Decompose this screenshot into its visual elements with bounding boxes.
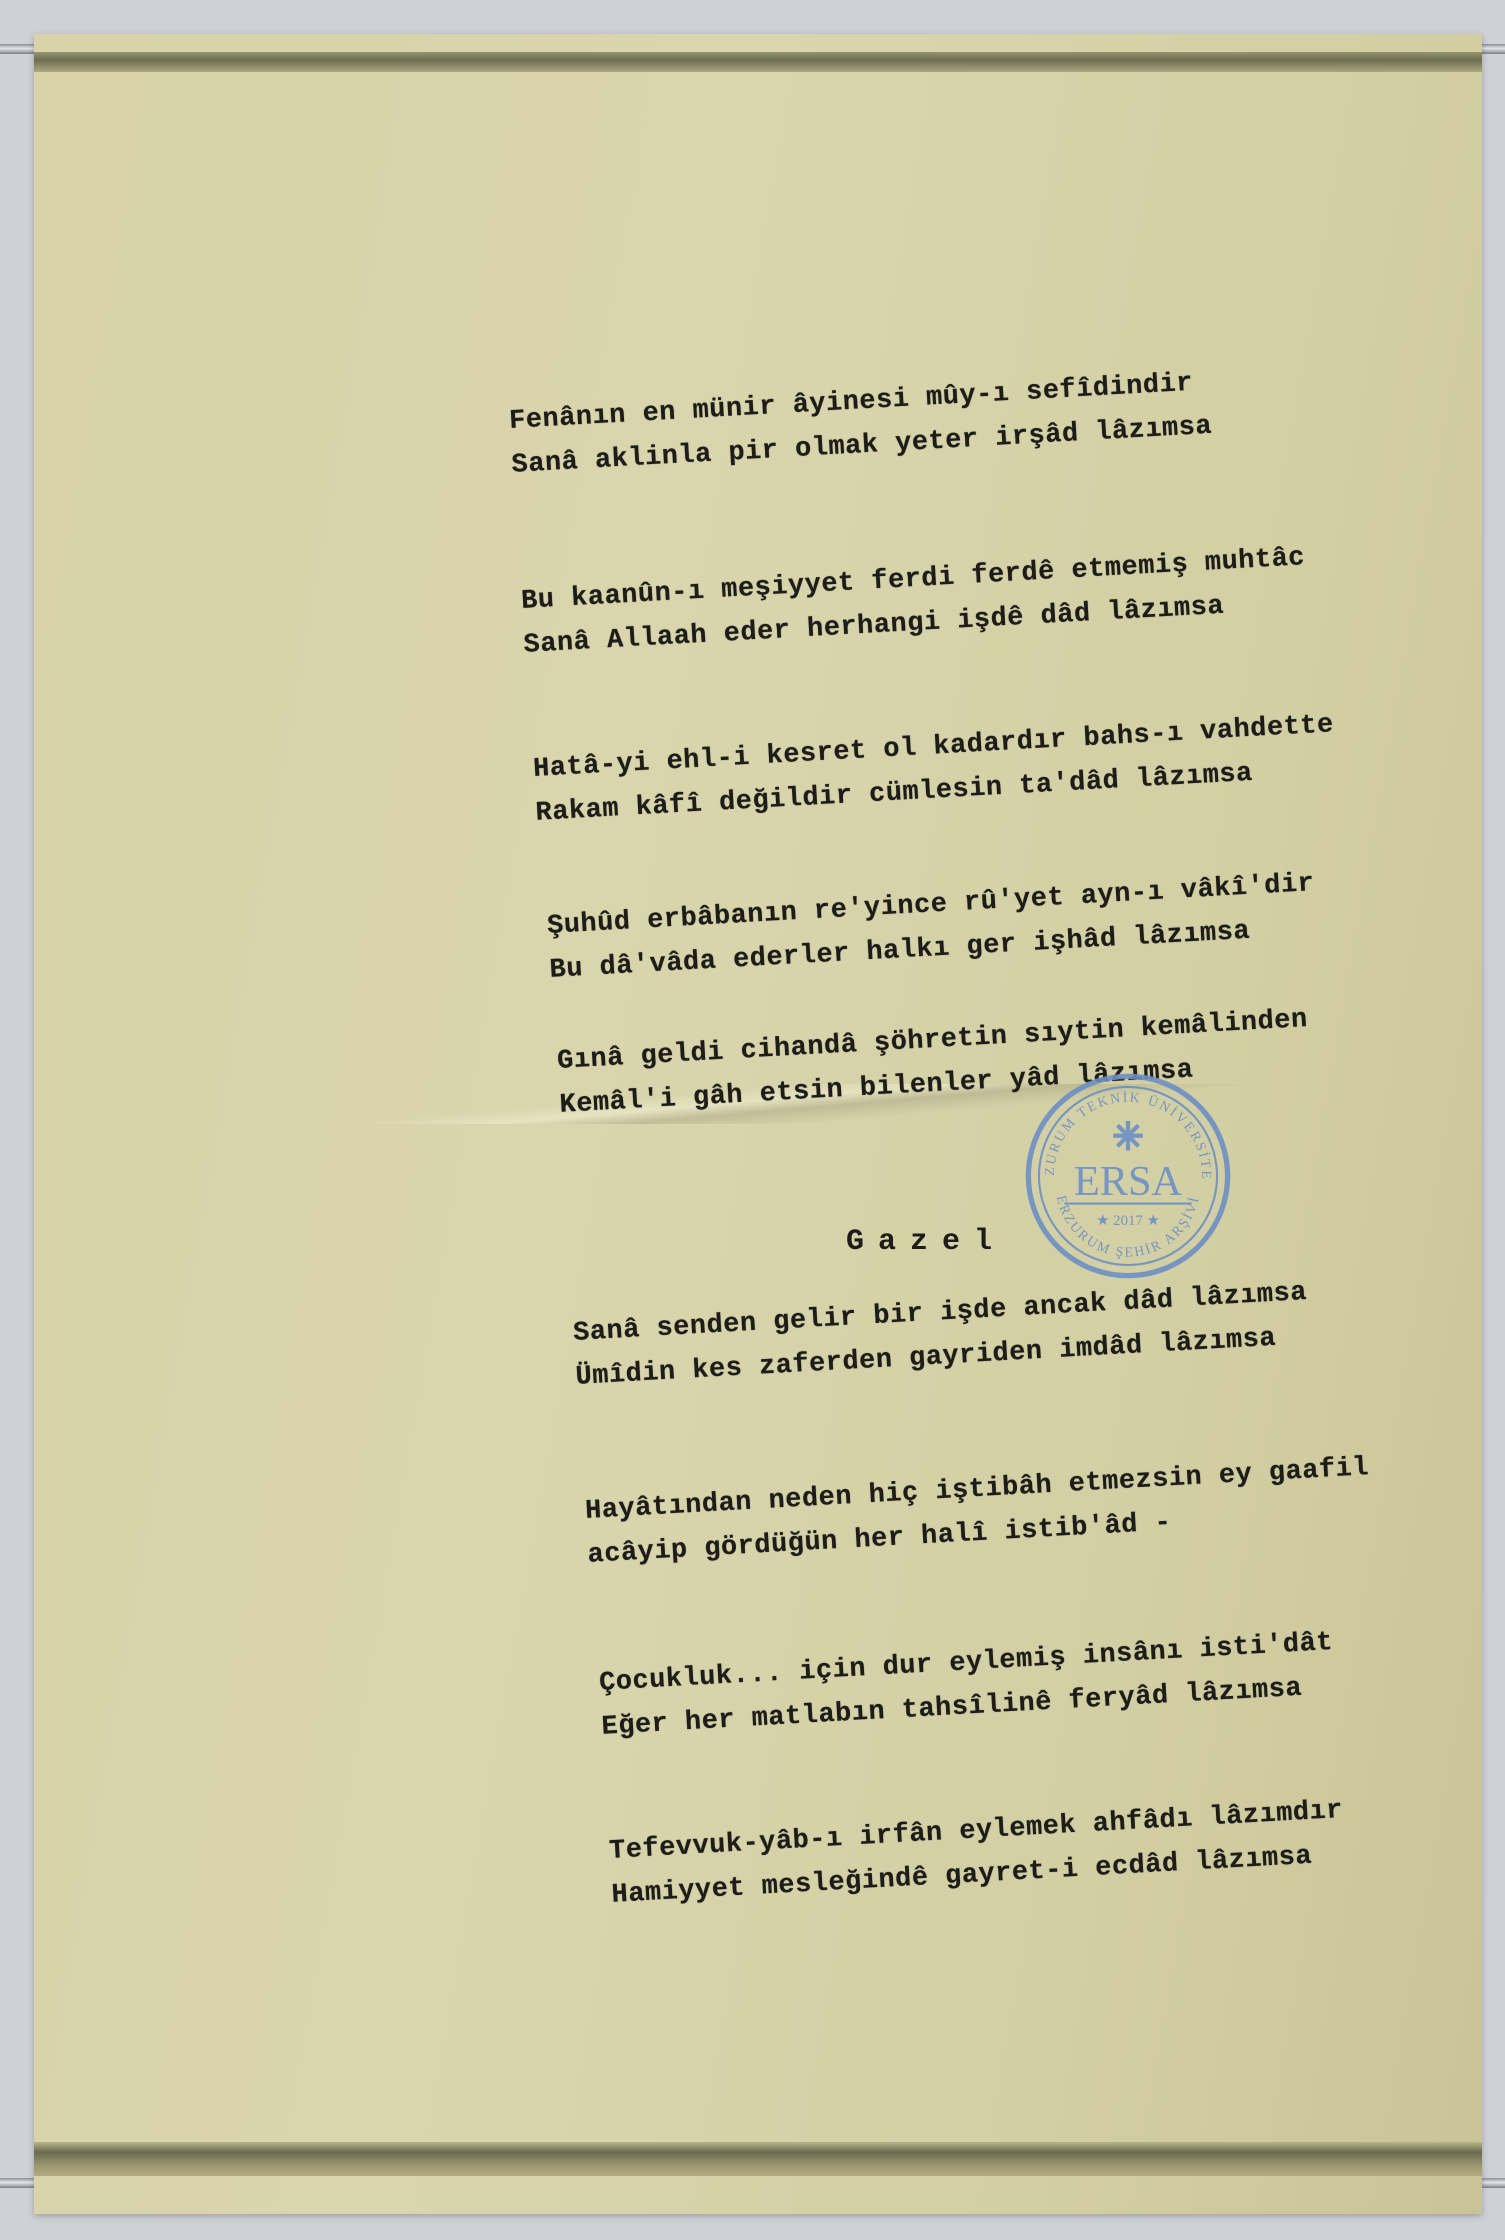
- svg-text:ERSA: ERSA: [1074, 1158, 1183, 1205]
- svg-text:★ 2017 ★: ★ 2017 ★: [1096, 1213, 1160, 1229]
- bottom-fold: [34, 2142, 1482, 2176]
- top-fold: [34, 52, 1482, 72]
- stamp-seal-icon: ERZURUM TEKNİK ÜNİVERSİTESİ ERZURUM ŞEHİ…: [1022, 1070, 1234, 1282]
- snowflake-icon: [1113, 1121, 1143, 1151]
- section-title-gazel: Gazel: [846, 1225, 1006, 1259]
- archive-stamp: ERZURUM TEKNİK ÜNİVERSİTESİ ERZURUM ŞEHİ…: [1022, 1070, 1234, 1282]
